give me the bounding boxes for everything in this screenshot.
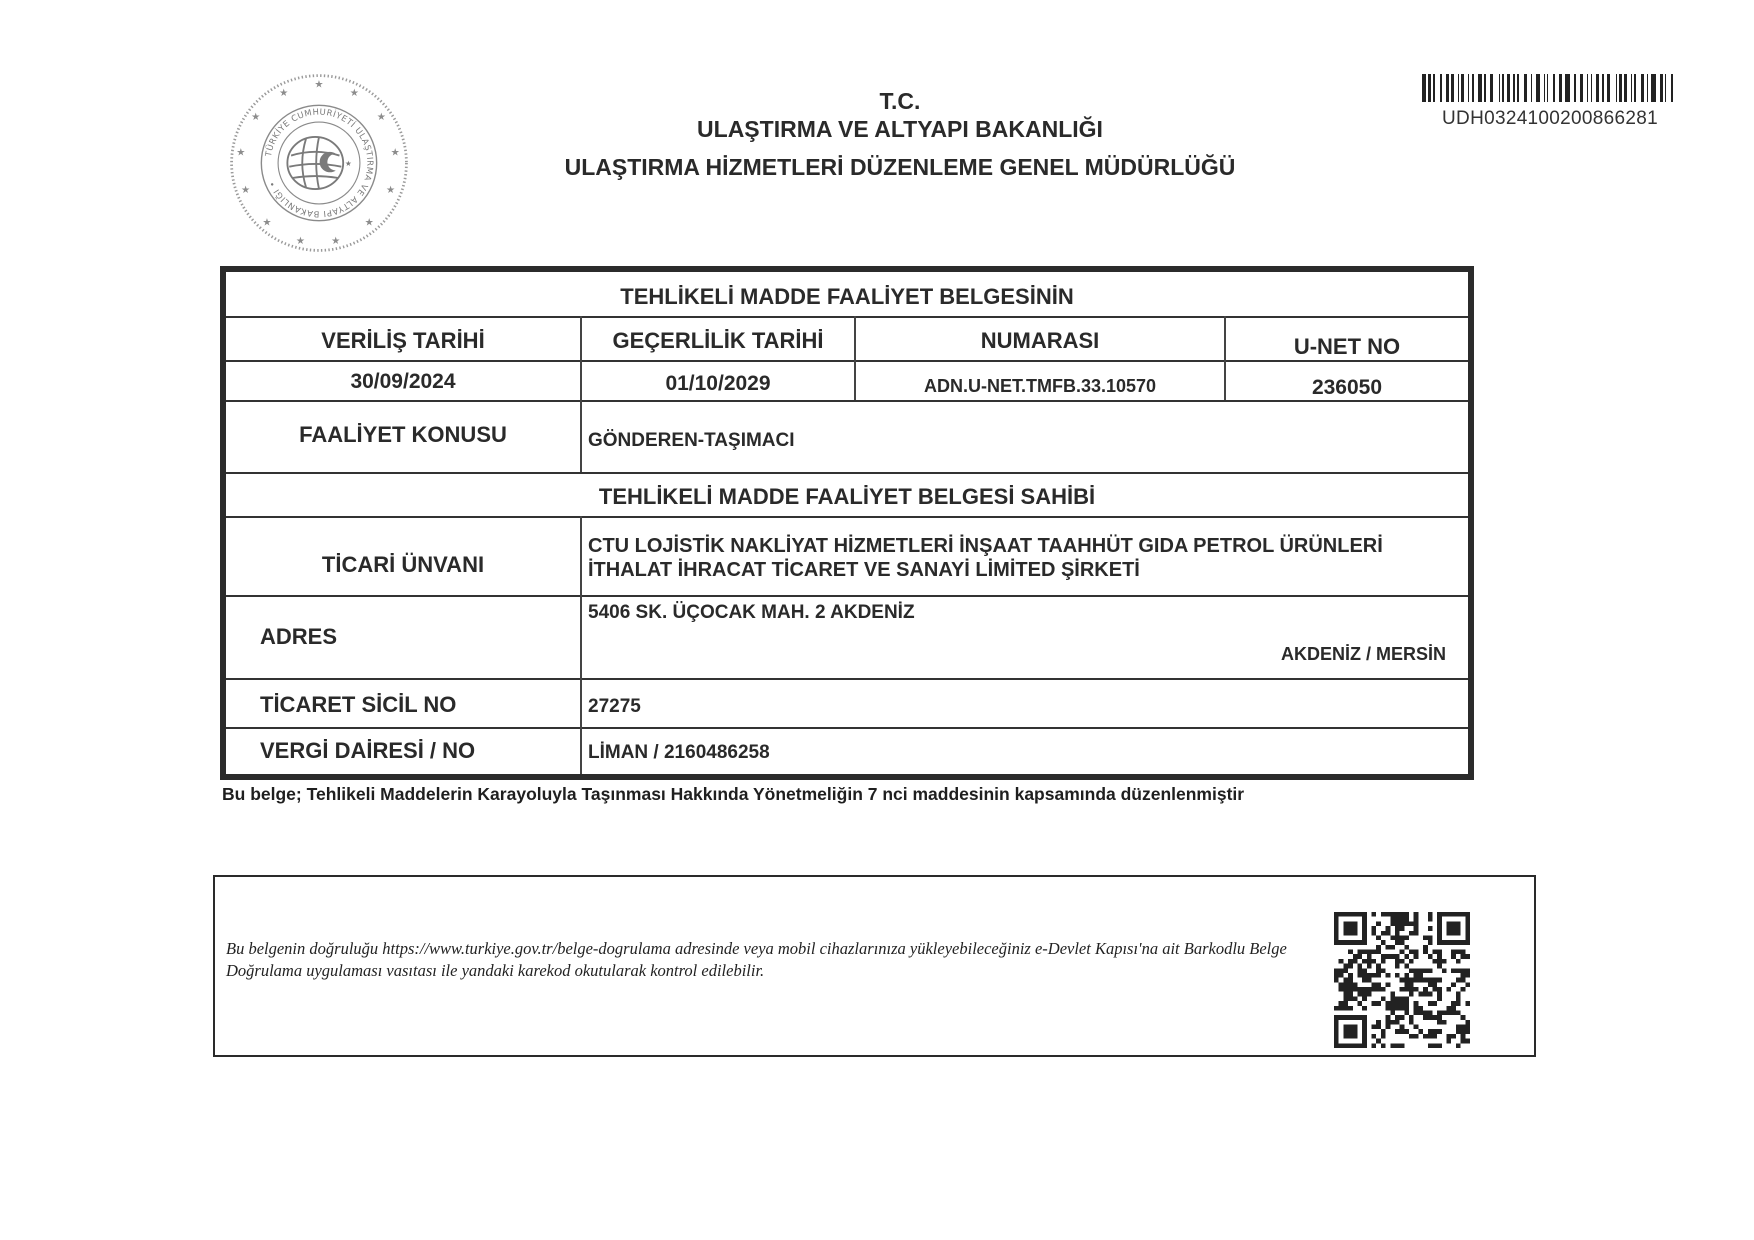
barcode-icon (1422, 74, 1674, 102)
unet-no-label: U-NET NO (1226, 334, 1468, 360)
trade-name-value: CTU LOJİSTİK NAKLİYAT HİZMETLERİ İNŞAAT … (588, 534, 1468, 582)
legal-note: Bu belge; Tehlikeli Maddelerin Karayoluy… (222, 784, 1342, 805)
validity-date-label: GEÇERLİLİK TARİHİ (582, 328, 854, 354)
trade-name-label: TİCARİ ÜNVANI (226, 552, 580, 578)
ministry-name: ULAŞTIRMA VE ALTYAPI BAKANLIĞI (480, 116, 1320, 143)
svg-text:TÜRKİYE CUMHURİYETİ ULAŞTIRMA: TÜRKİYE CUMHURİYETİ ULAŞTIRMA VE ALTYAPI… (263, 107, 375, 220)
verification-text: Bu belgenin doğruluğu https://www.turkiy… (226, 938, 1296, 982)
number-label: NUMARASI (856, 328, 1224, 354)
svg-text:★: ★ (377, 112, 386, 123)
svg-text:★: ★ (386, 185, 395, 196)
certificate-table: TEHLİKELİ MADDE FAALİYET BELGESİNİN VERİ… (220, 266, 1474, 780)
issue-date-label: VERİLİŞ TARİHİ (226, 328, 580, 354)
tax-office-label: VERGİ DAİRESİ / NO (260, 738, 580, 764)
svg-text:★: ★ (391, 148, 400, 159)
trade-registry-label: TİCARET SİCİL NO (260, 692, 580, 718)
header-tc: T.C. (480, 88, 1320, 115)
svg-text:★: ★ (350, 88, 359, 99)
activity-value: GÖNDEREN-TAŞIMACI (588, 430, 1188, 452)
address-line-1: 5406 SK. ÜÇOCAK MAH. 2 AKDENİZ (588, 602, 1288, 624)
svg-text:★: ★ (241, 185, 250, 196)
tax-office-value: LİMAN / 2160486258 (588, 742, 988, 764)
validity-date-value: 01/10/2029 (582, 372, 854, 396)
svg-text:★: ★ (251, 112, 260, 123)
barcode-number: UDH0324100200866281 (1420, 108, 1680, 130)
qr-code-icon[interactable] (1334, 912, 1470, 1048)
svg-text:★: ★ (365, 217, 374, 228)
svg-text:★: ★ (279, 88, 288, 99)
svg-text:★: ★ (314, 80, 323, 91)
certificate-title: TEHLİKELİ MADDE FAALİYET BELGESİNİN (226, 284, 1468, 310)
trade-registry-value: 27275 (588, 696, 988, 718)
address-line-2: AKDENİZ / MERSİN (1026, 644, 1446, 665)
svg-text:★: ★ (262, 217, 271, 228)
address-label: ADRES (260, 624, 560, 650)
certificate-number-value: ADN.U-NET.TMFB.33.10570 (856, 376, 1224, 397)
svg-text:★: ★ (331, 236, 340, 247)
svg-text:★: ★ (345, 159, 352, 168)
svg-text:★: ★ (236, 148, 245, 159)
owner-title: TEHLİKELİ MADDE FAALİYET BELGESİ SAHİBİ (226, 484, 1468, 510)
directorate-name: ULAŞTIRMA HİZMETLERİ DÜZENLEME GENEL MÜD… (480, 154, 1320, 181)
unet-no-value: 236050 (1226, 376, 1468, 400)
svg-text:★: ★ (296, 236, 305, 247)
ministry-seal-icon: ★★★ ★★★ ★★★ ★★★ ★ TÜRKİYE CUMHURİYETİ UL… (226, 70, 412, 256)
activity-label: FAALİYET KONUSU (226, 422, 580, 448)
issue-date-value: 30/09/2024 (226, 370, 580, 394)
